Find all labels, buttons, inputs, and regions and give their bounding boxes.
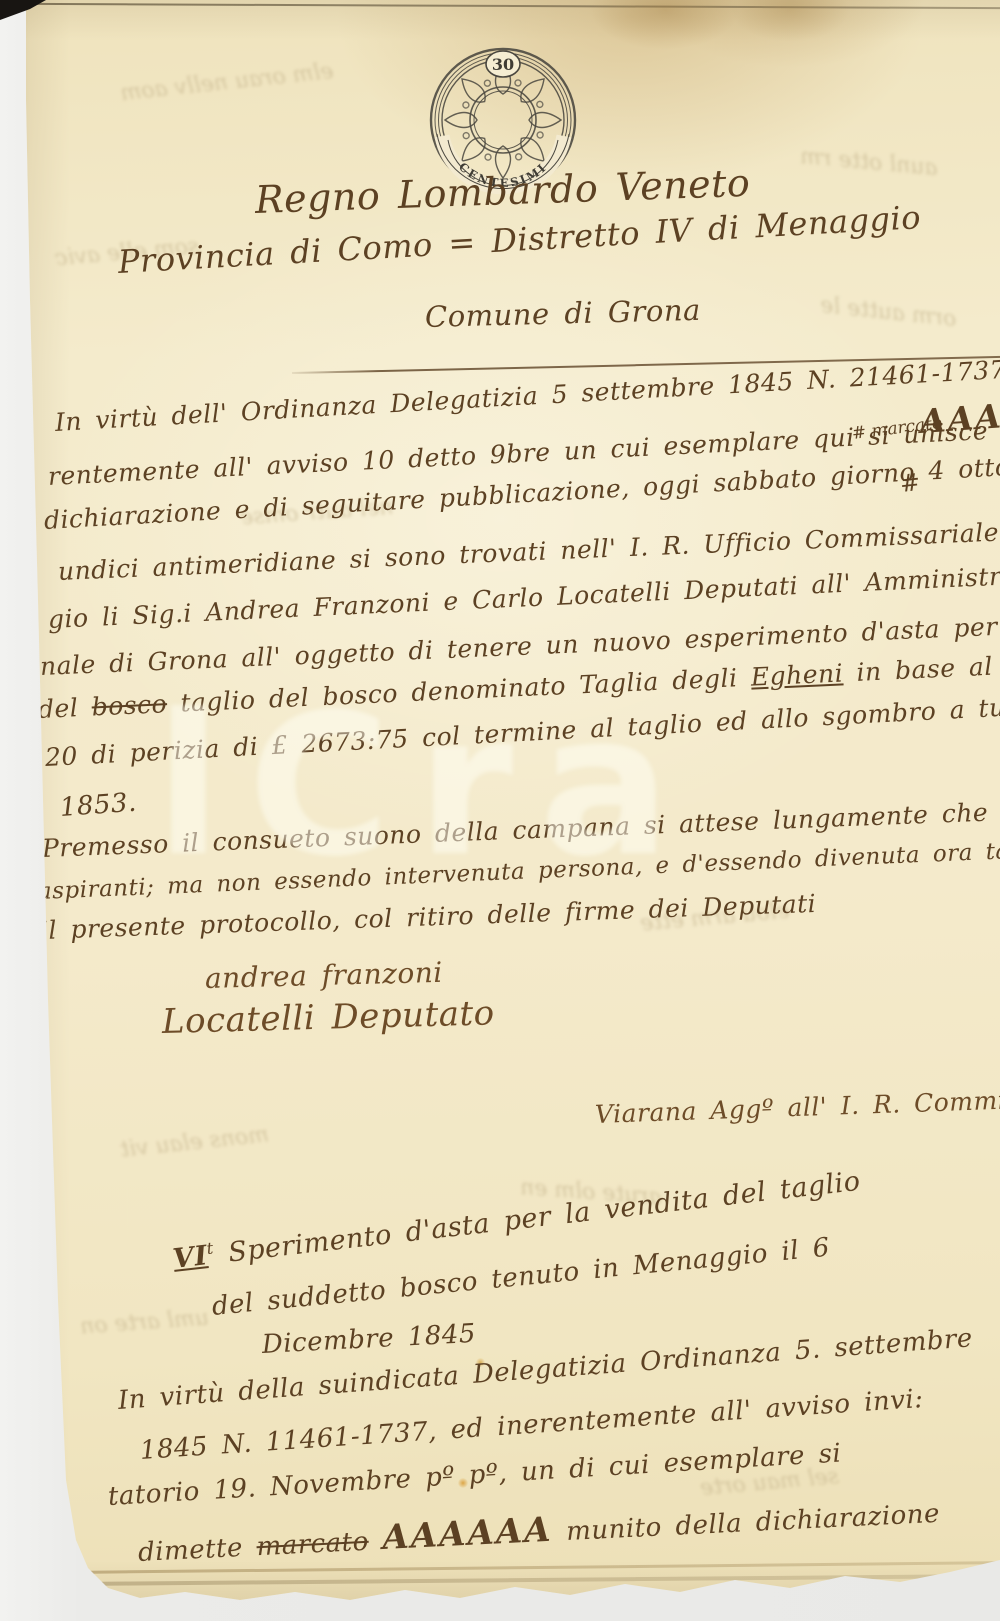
underlined-word: Egheni: [750, 658, 843, 691]
bottom-fold-shadow: [70, 1574, 1000, 1586]
stamp-value: 30: [492, 55, 514, 74]
section-title-line: Dicembre 1845: [261, 1319, 476, 1360]
ghost-writing: aunl otte rm: [799, 144, 938, 181]
marked-letters-AAAAAA: AAAAAA: [381, 1510, 553, 1558]
manuscript-paper: elm orau nellv aom aunl otte rm som elle…: [0, 0, 1000, 1621]
ghost-writing: mons elau vit: [119, 1122, 270, 1162]
signature-viarana: Viarana Aggº all' I. R. Commiss.: [594, 1084, 1000, 1129]
document-scan: { "page":{"background":"#ebebe9","paper_…: [0, 0, 1000, 1621]
struck-word: marcato: [256, 1527, 370, 1562]
line-part: munito della dichiarazione: [552, 1499, 941, 1548]
ghost-writing: elm orau nellv aom: [119, 59, 334, 106]
top-fold-line: [30, 3, 1000, 9]
line-part: dimette: [137, 1532, 257, 1568]
signature-franzoni: andrea franzoni: [205, 956, 444, 995]
ghost-writing: orm autte le: [819, 293, 958, 332]
manuscript-line: 1853.: [59, 788, 138, 823]
line-part: del: [37, 693, 92, 724]
ghost-writing: uml arte on: [79, 1306, 209, 1340]
header-comune: Comune di Grona: [425, 293, 702, 334]
struck-word: bosco: [91, 689, 168, 721]
signature-locatelli: Locatelli Deputato: [161, 993, 495, 1042]
line-part: in base al rinnovato f: [842, 644, 1000, 687]
roman-numeral: VI: [171, 1240, 209, 1275]
